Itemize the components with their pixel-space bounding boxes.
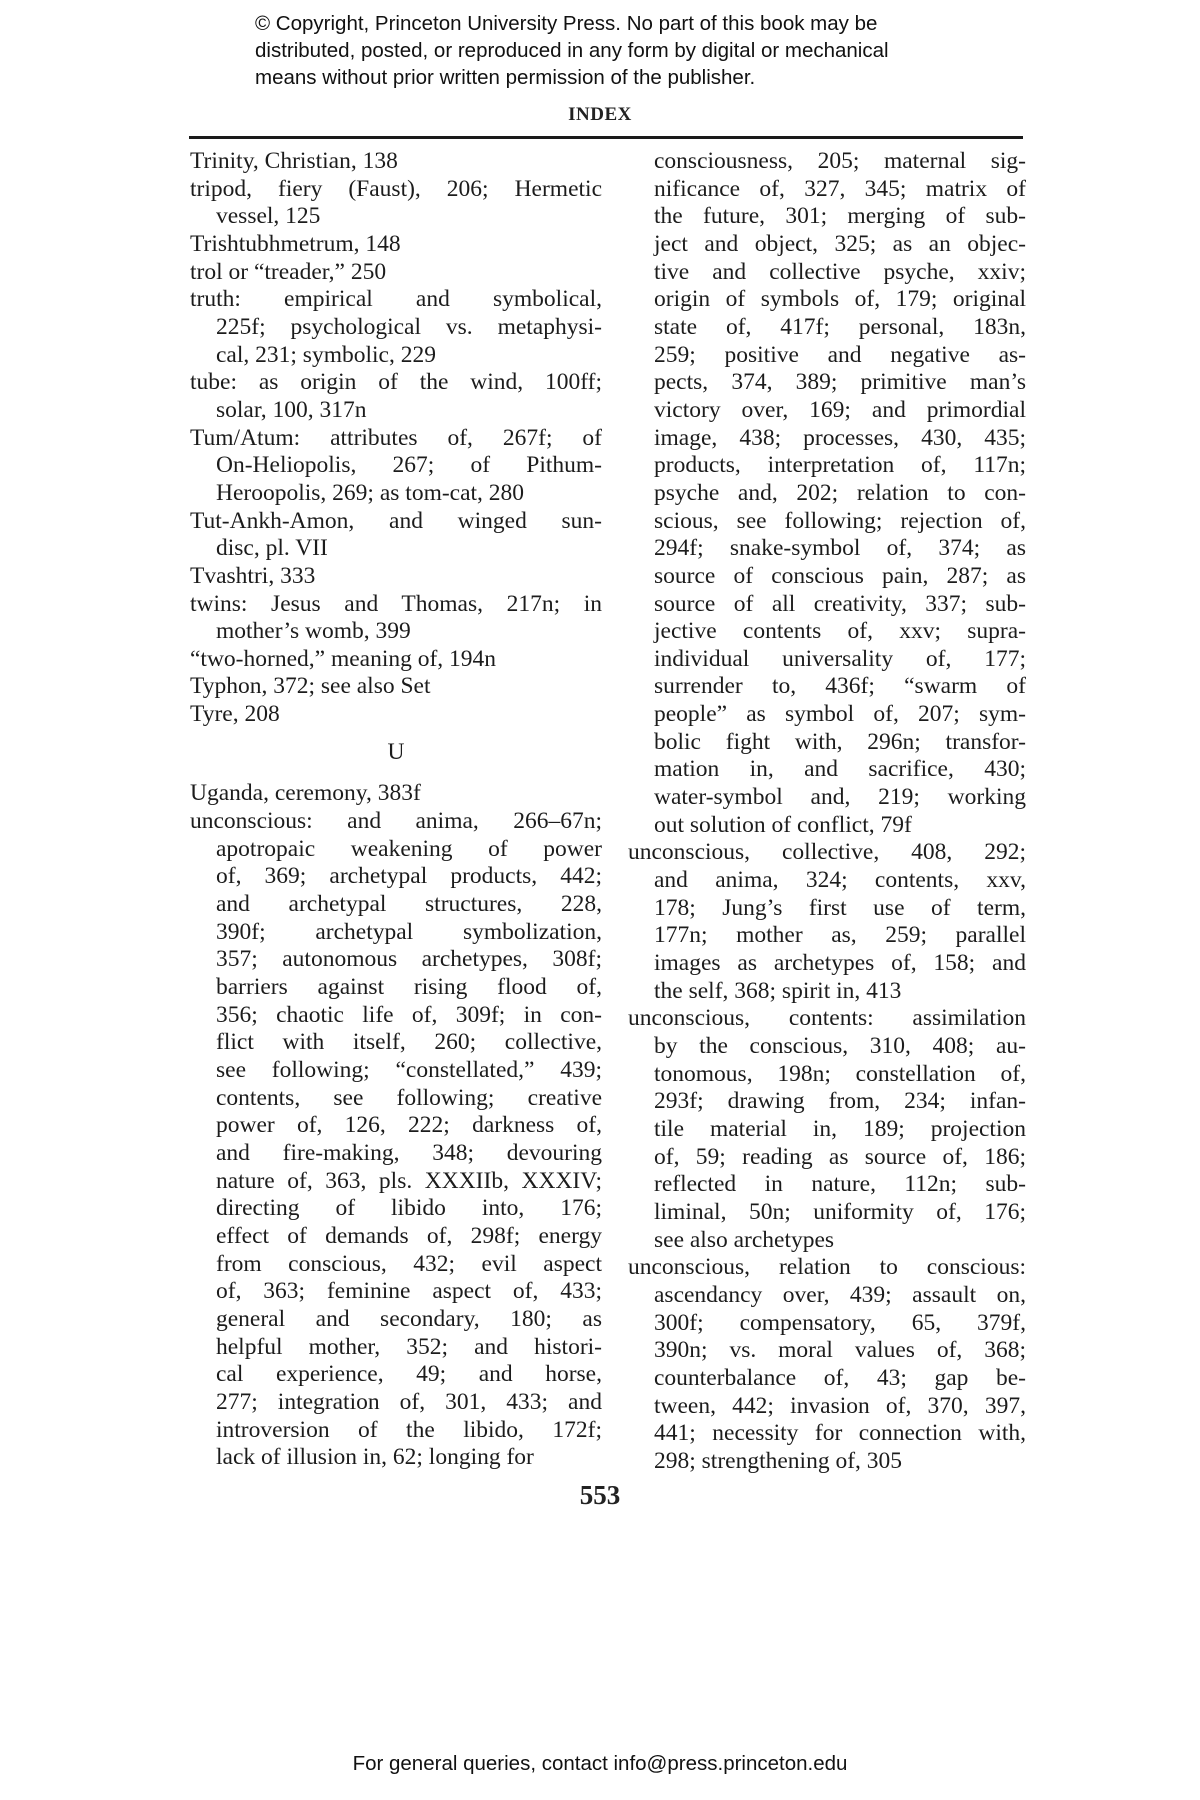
index-line: solar, 100, 317n	[190, 397, 602, 425]
index-line: nature of, 363, pls. XXXIIb, XXXIV;	[190, 1168, 602, 1196]
index-line: mother’s womb, 399	[190, 618, 602, 646]
index-line: trol or “treader,” 250	[190, 259, 602, 287]
index-entry: tripod, fiery (Faust), 206; Hermeticvess…	[190, 176, 602, 231]
index-line: of, 363; feminine aspect of, 433;	[190, 1278, 602, 1306]
index-line: 390n; vs. moral values of, 368;	[628, 1337, 1026, 1365]
index-entry: trol or “treader,” 250	[190, 259, 602, 287]
index-line: liminal, 50n; uniformity of, 176;	[628, 1199, 1026, 1227]
index-line: Tyre, 208	[190, 701, 602, 729]
index-line: image, 438; processes, 430, 435;	[628, 425, 1026, 453]
copyright-line: distributed, posted, or reproduced in an…	[255, 37, 975, 64]
index-line: Heroopolis, 269; as tom-cat, 280	[190, 480, 602, 508]
index-entry: Tut-Ankh-Amon, and winged sun-disc, pl. …	[190, 508, 602, 563]
index-line: twins: Jesus and Thomas, 217n; in	[190, 591, 602, 619]
index-line: 178; Jung’s first use of term,	[628, 895, 1026, 923]
index-line: 390f; archetypal symbolization,	[190, 919, 602, 947]
index-line: 298; strengthening of, 305	[628, 1448, 1026, 1476]
index-line: scious, see following; rejection of,	[628, 508, 1026, 536]
index-line: state of, 417f; personal, 183n,	[628, 314, 1026, 342]
footer-contact: For general queries, contact info@press.…	[0, 1752, 1200, 1776]
index-line: tripod, fiery (Faust), 206; Hermetic	[190, 176, 602, 204]
index-line: 441; necessity for connection with,	[628, 1420, 1026, 1448]
index-line: jective contents of, xxv; supra-	[628, 618, 1026, 646]
index-line: effect of demands of, 298f; energy	[190, 1223, 602, 1251]
index-line: Tum/Atum: attributes of, 267f; of	[190, 425, 602, 453]
index-entry: Trishtubhmetrum, 148	[190, 231, 602, 259]
index-entry: Typhon, 372; see also Set	[190, 673, 602, 701]
index-line: and anima, 324; contents, xxv,	[628, 867, 1026, 895]
index-entry: twins: Jesus and Thomas, 217n; inmother’…	[190, 591, 602, 646]
index-line: individual universality of, 177;	[628, 646, 1026, 674]
index-line: 225f; psychological vs. metaphysi-	[190, 314, 602, 342]
index-line: Tut-Ankh-Amon, and winged sun-	[190, 508, 602, 536]
index-line: counterbalance of, 43; gap be-	[628, 1365, 1026, 1393]
index-line: On-Heliopolis, 267; of Pithum-	[190, 452, 602, 480]
index-entry: unconscious: and anima, 266–67n;apotropa…	[190, 808, 602, 1472]
index-line: tonomous, 198n; constellation of,	[628, 1061, 1026, 1089]
index-entry: truth: empirical and symbolical,225f; ps…	[190, 286, 602, 369]
index-line: 259; positive and negative as-	[628, 342, 1026, 370]
index-line: tile material in, 189; projection	[628, 1116, 1026, 1144]
index-entry: Trinity, Christian, 138	[190, 148, 602, 176]
index-entry: tube: as origin of the wind, 100ff;solar…	[190, 369, 602, 424]
index-line: products, interpretation of, 117n;	[628, 452, 1026, 480]
index-entry: “two-horned,” meaning of, 194n	[190, 646, 602, 674]
index-entry: Uganda, ceremony, 383f	[190, 780, 602, 808]
index-line: source of conscious pain, 287; as	[628, 563, 1026, 591]
index-line: unconscious: and anima, 266–67n;	[190, 808, 602, 836]
index-line: tive and collective psyche, xxiv;	[628, 259, 1026, 287]
index-line: contents, see following; creative	[190, 1085, 602, 1113]
index-line: flict with itself, 260; collective,	[190, 1029, 602, 1057]
index-line: Tvashtri, 333	[190, 563, 602, 591]
index-line: origin of symbols of, 179; original	[628, 286, 1026, 314]
index-line: cal experience, 49; and horse,	[190, 1361, 602, 1389]
index-line: of, 369; archetypal products, 442;	[190, 863, 602, 891]
index-line: unconscious, collective, 408, 292;	[628, 839, 1026, 867]
index-line: by the conscious, 310, 408; au-	[628, 1033, 1026, 1061]
index-line: truth: empirical and symbolical,	[190, 286, 602, 314]
index-line: tween, 442; invasion of, 370, 397,	[628, 1393, 1026, 1421]
index-entry: Tum/Atum: attributes of, 267f; ofOn-Heli…	[190, 425, 602, 508]
index-line: tube: as origin of the wind, 100ff;	[190, 369, 602, 397]
index-entry: Tyre, 208	[190, 701, 602, 729]
index-line: barriers against rising flood of,	[190, 974, 602, 1002]
index-line: mation in, and sacrifice, 430;	[628, 756, 1026, 784]
index-line: the future, 301; merging of sub-	[628, 203, 1026, 231]
index-line: Uganda, ceremony, 383f	[190, 780, 602, 808]
index-line: power of, 126, 222; darkness of,	[190, 1112, 602, 1140]
index-line: vessel, 125	[190, 203, 602, 231]
index-entry: unconscious, contents: assimilationby th…	[628, 1005, 1026, 1254]
index-line: Trinity, Christian, 138	[190, 148, 602, 176]
index-line: reflected in nature, 112n; sub-	[628, 1171, 1026, 1199]
index-line: consciousness, 205; maternal sig-	[628, 148, 1026, 176]
section-letter-heading: U	[190, 739, 602, 767]
index-entry: unconscious, relation to conscious:ascen…	[628, 1254, 1026, 1475]
index-line: Trishtubhmetrum, 148	[190, 231, 602, 259]
copyright-line: © Copyright, Princeton University Press.…	[255, 10, 975, 37]
page-number: 553	[0, 1480, 1200, 1511]
index-line: bolic fight with, 296n; transfor-	[628, 729, 1026, 757]
index-line: ascendancy over, 439; assault on,	[628, 1282, 1026, 1310]
index-line: apotropaic weakening of power	[190, 836, 602, 864]
index-line: pects, 374, 389; primitive man’s	[628, 369, 1026, 397]
index-line: and archetypal structures, 228,	[190, 891, 602, 919]
index-line: disc, pl. VII	[190, 535, 602, 563]
index-entry-continuation: consciousness, 205; maternal sig-nifican…	[628, 148, 1026, 839]
index-column-left: Trinity, Christian, 138tripod, fiery (Fa…	[190, 148, 602, 1472]
index-line: from conscious, 432; evil aspect	[190, 1251, 602, 1279]
index-line: people” as symbol of, 207; sym-	[628, 701, 1026, 729]
index-line: surrender to, 436f; “swarm of	[628, 673, 1026, 701]
index-line: victory over, 169; and primordial	[628, 397, 1026, 425]
index-entry: unconscious, collective, 408, 292;and an…	[628, 839, 1026, 1005]
index-line: psyche and, 202; relation to con-	[628, 480, 1026, 508]
index-line: images as archetypes of, 158; and	[628, 950, 1026, 978]
index-line: 277; integration of, 301, 433; and	[190, 1389, 602, 1417]
index-line: the self, 368; spirit in, 413	[628, 978, 1026, 1006]
header-rule	[189, 136, 1023, 139]
copyright-notice: © Copyright, Princeton University Press.…	[255, 10, 975, 91]
index-line: helpful mother, 352; and histori-	[190, 1334, 602, 1362]
index-line: introversion of the libido, 172f;	[190, 1417, 602, 1445]
index-line: general and secondary, 180; as	[190, 1306, 602, 1334]
index-entry: Tvashtri, 333	[190, 563, 602, 591]
index-line: nificance of, 327, 345; matrix of	[628, 176, 1026, 204]
index-line: 300f; compensatory, 65, 379f,	[628, 1310, 1026, 1338]
index-line: “two-horned,” meaning of, 194n	[190, 646, 602, 674]
index-line: 356; chaotic life of, 309f; in con-	[190, 1002, 602, 1030]
running-title: INDEX	[0, 104, 1200, 126]
index-line: 177n; mother as, 259; parallel	[628, 922, 1026, 950]
index-line: source of all creativity, 337; sub-	[628, 591, 1026, 619]
index-line: directing of libido into, 176;	[190, 1195, 602, 1223]
index-line: out solution of conflict, 79f	[628, 812, 1026, 840]
index-line: of, 59; reading as source of, 186;	[628, 1144, 1026, 1172]
index-line: 357; autonomous archetypes, 308f;	[190, 946, 602, 974]
index-line: Typhon, 372; see also Set	[190, 673, 602, 701]
index-line: water-symbol and, 219; working	[628, 784, 1026, 812]
index-line: cal, 231; symbolic, 229	[190, 342, 602, 370]
index-line: unconscious, relation to conscious:	[628, 1254, 1026, 1282]
index-column-right: consciousness, 205; maternal sig-nifican…	[628, 148, 1026, 1476]
index-line: see following; “constellated,” 439;	[190, 1057, 602, 1085]
index-line: lack of illusion in, 62; longing for	[190, 1444, 602, 1472]
index-line: unconscious, contents: assimilation	[628, 1005, 1026, 1033]
index-line: ject and object, 325; as an objec-	[628, 231, 1026, 259]
index-line: see also archetypes	[628, 1227, 1026, 1255]
index-line: and fire-making, 348; devouring	[190, 1140, 602, 1168]
index-line: 293f; drawing from, 234; infan-	[628, 1088, 1026, 1116]
copyright-line: means without prior written permission o…	[255, 64, 975, 91]
index-line: 294f; snake-symbol of, 374; as	[628, 535, 1026, 563]
